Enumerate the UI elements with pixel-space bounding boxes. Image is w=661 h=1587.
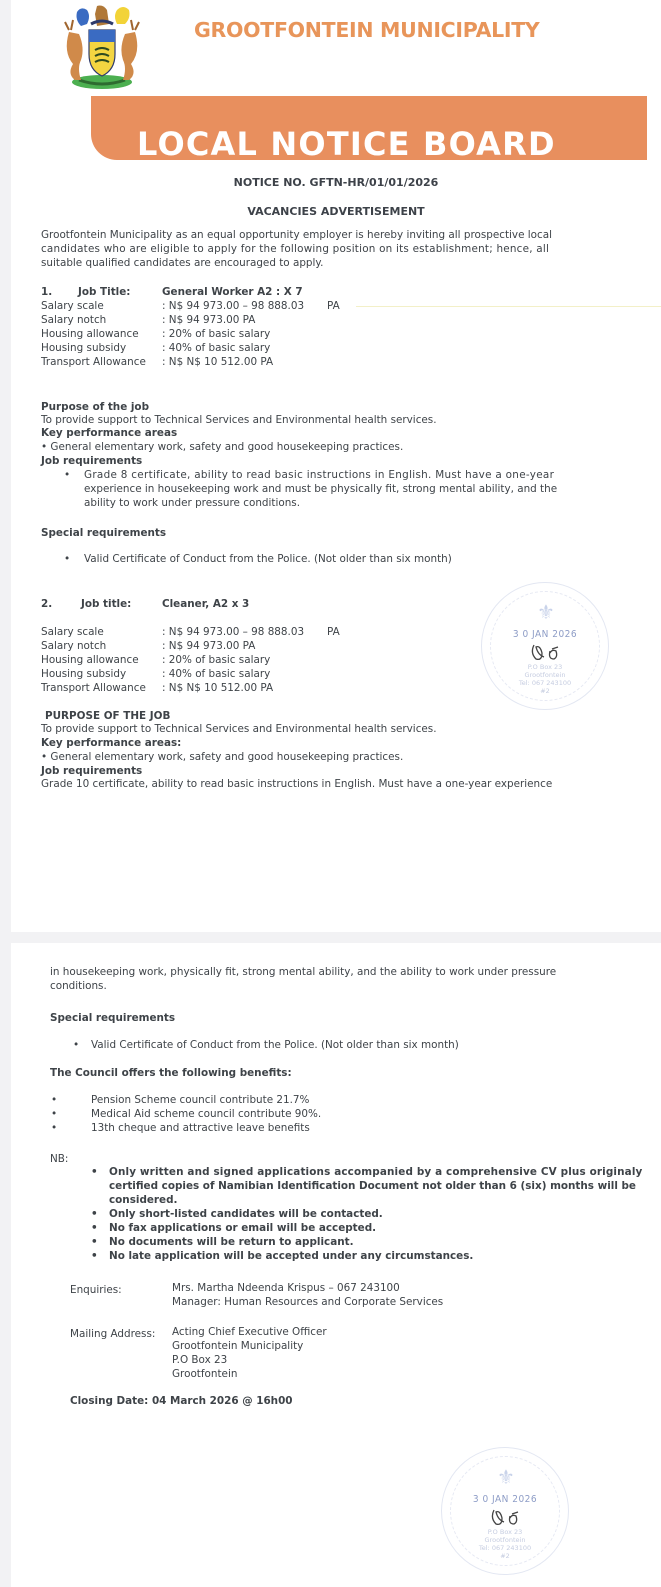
- notice-number: NOTICE NO. GFTN-HR/01/01/2026: [11, 176, 661, 189]
- stamp-date: 3 0 JAN 2026: [482, 629, 608, 640]
- mailing-address-line: Acting Chief Executive Officer: [172, 1326, 327, 1339]
- purpose-text: To provide support to Technical Services…: [41, 723, 437, 736]
- municipal-coat-of-arms-icon: [57, 2, 147, 92]
- housing-subsidy-label: Housing subsidy: [41, 342, 126, 355]
- requirements-line: experience in housekeeping work and must…: [84, 483, 557, 496]
- banner-title: LOCAL NOTICE BOARD: [137, 124, 556, 160]
- special-requirement: Valid Certificate of Conduct from the Po…: [84, 553, 452, 566]
- enquiries-contact: Mrs. Martha Ndeenda Krispus – 067 243100: [172, 1282, 400, 1295]
- housing-allowance-value: : 20% of basic salary: [162, 328, 270, 341]
- requirements-line: Grade 8 certificate, ability to read bas…: [84, 469, 554, 482]
- official-stamp: ⚜ 3 0 JAN 2026 P.O Box 23 Grootfontein T…: [441, 1447, 569, 1575]
- document-page-1: GROOTFONTEIN MUNICIPALITY LOCAL NOTICE B…: [11, 0, 661, 932]
- requirements-line: ability to work under pressure condition…: [84, 497, 300, 510]
- kpa-text: • General elementary work, safety and go…: [41, 441, 403, 454]
- bullet: •: [64, 469, 70, 482]
- transport-allowance-value: : N$ N$ 10 512.00 PA: [162, 682, 273, 695]
- signature-icon: [488, 1506, 528, 1528]
- nb-item: No documents will be return to applicant…: [109, 1236, 354, 1249]
- housing-allowance-value: : 20% of basic salary: [162, 654, 270, 667]
- seal-icon: ⚜: [488, 1464, 524, 1490]
- notice-board-banner: LOCAL NOTICE BOARD: [91, 96, 647, 160]
- housing-allowance-label: Housing allowance: [41, 328, 139, 341]
- benefit-item: 13th cheque and attractive leave benefit…: [91, 1122, 310, 1135]
- salary-scale-label: Salary scale: [41, 626, 104, 639]
- highlight-line: [356, 306, 661, 307]
- mailing-address-label: Mailing Address:: [70, 1328, 155, 1341]
- closing-date: Closing Date: 04 March 2026 @ 16h00: [70, 1395, 293, 1408]
- mailing-address-line: Grootfontein Municipality: [172, 1340, 303, 1353]
- salary-scale-value: : N$ 94 973.00 – 98 888.03: [162, 626, 304, 639]
- requirements-line: in housekeeping work, physically fit, st…: [50, 966, 556, 979]
- job-number: 2.: [41, 598, 52, 611]
- nb-item: Only written and signed applications acc…: [109, 1166, 642, 1179]
- intro-line: candidates who are eligible to apply for…: [41, 243, 549, 256]
- job-title-label: Job Title:: [78, 286, 130, 299]
- kpa-heading: Key performance areas:: [41, 737, 181, 750]
- kpa-text: • General elementary work, safety and go…: [41, 751, 403, 764]
- special-requirements-heading: Special requirements: [50, 1012, 175, 1025]
- nb-item: considered.: [109, 1194, 177, 1207]
- housing-subsidy-value: : 40% of basic salary: [162, 342, 270, 355]
- nb-item: No fax applications or email will be acc…: [109, 1222, 376, 1235]
- benefit-item: Pension Scheme council contribute 21.7%: [91, 1094, 309, 1107]
- requirements-line: conditions.: [50, 980, 107, 993]
- enquiries-position: Manager: Human Resources and Corporate S…: [172, 1296, 443, 1309]
- enquiries-label: Enquiries:: [70, 1284, 122, 1297]
- requirements-heading: Job requirements: [41, 455, 142, 468]
- job-title-label: Job title:: [81, 598, 131, 611]
- salary-scale-suffix: PA: [327, 626, 340, 639]
- job-title: Cleaner, A2 x 3: [162, 598, 249, 611]
- kpa-heading: Key performance areas: [41, 427, 177, 440]
- seal-icon: ⚜: [528, 599, 564, 625]
- transport-allowance-label: Transport Allowance: [41, 356, 146, 369]
- salary-notch-value: : N$ 94 973.00 PA: [162, 640, 255, 653]
- salary-scale-suffix: PA: [327, 300, 340, 313]
- intro-line: Grootfontein Municipality as an equal op…: [41, 229, 552, 242]
- mailing-address-line: P.O Box 23: [172, 1354, 227, 1367]
- bullet: •: [73, 1039, 79, 1052]
- document-page-2: in housekeeping work, physically fit, st…: [11, 943, 661, 1587]
- salary-scale-label: Salary scale: [41, 300, 104, 313]
- requirements-heading: Job requirements: [41, 765, 142, 778]
- salary-notch-label: Salary notch: [41, 640, 106, 653]
- benefits-heading: The Council offers the following benefit…: [50, 1067, 292, 1080]
- housing-subsidy-label: Housing subsidy: [41, 668, 126, 681]
- purpose-heading: Purpose of the job: [41, 401, 149, 414]
- nb-label: NB:: [50, 1153, 68, 1166]
- special-requirements-heading: Special requirements: [41, 527, 166, 540]
- official-stamp: ⚜ 3 0 JAN 2026 P.O Box 23 Grootfontein T…: [481, 582, 609, 710]
- special-requirement: Valid Certificate of Conduct from the Po…: [91, 1039, 459, 1052]
- nb-item: certified copies of Namibian Identificat…: [109, 1180, 636, 1193]
- signature-icon: [528, 641, 568, 663]
- organization-name: GROOTFONTEIN MUNICIPALITY: [194, 18, 539, 42]
- transport-allowance-value: : N$ N$ 10 512.00 PA: [162, 356, 273, 369]
- mailing-address-line: Grootfontein: [172, 1368, 237, 1381]
- salary-notch-label: Salary notch: [41, 314, 106, 327]
- bullet: •: [64, 553, 70, 566]
- housing-subsidy-value: : 40% of basic salary: [162, 668, 270, 681]
- purpose-text: To provide support to Technical Services…: [41, 414, 437, 427]
- nb-item: Only short-listed candidates will be con…: [109, 1208, 383, 1221]
- job-number: 1.: [41, 286, 52, 299]
- transport-allowance-label: Transport Allowance: [41, 682, 146, 695]
- benefit-item: Medical Aid scheme council contribute 90…: [91, 1108, 321, 1121]
- purpose-heading: PURPOSE OF THE JOB: [45, 710, 170, 723]
- requirements-line: Grade 10 certificate, ability to read ba…: [41, 778, 552, 791]
- stamp-date: 3 0 JAN 2026: [442, 1494, 568, 1505]
- salary-scale-value: : N$ 94 973.00 – 98 888.03: [162, 300, 304, 313]
- housing-allowance-label: Housing allowance: [41, 654, 139, 667]
- intro-line: suitable qualified candidates are encour…: [41, 257, 323, 270]
- job-title: General Worker A2 : X 7: [162, 286, 303, 299]
- salary-notch-value: : N$ 94 973.00 PA: [162, 314, 255, 327]
- vacancies-heading: VACANCIES ADVERTISEMENT: [11, 205, 661, 218]
- nb-item: No late application will be accepted und…: [109, 1250, 473, 1263]
